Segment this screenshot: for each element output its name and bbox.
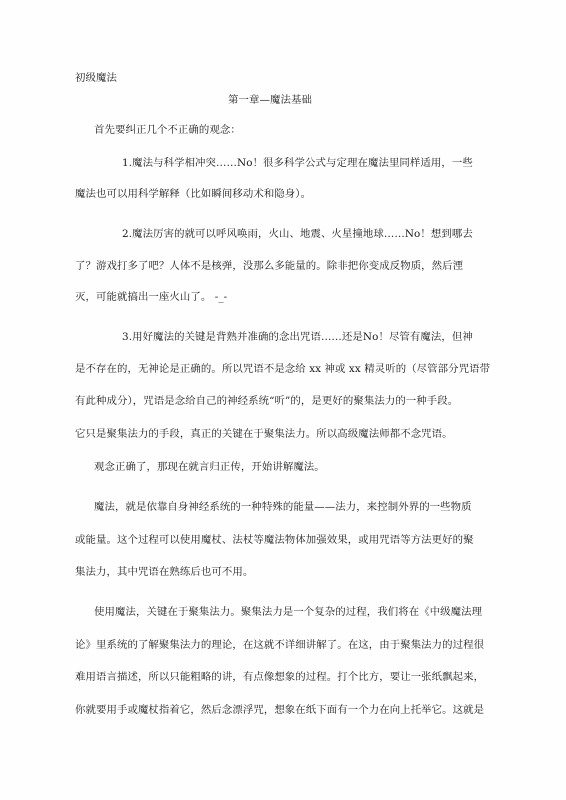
- document-page: 初级魔法 第一章—魔法基础 首先要纠正几个不正确的观念： 1.魔法与科学相冲突……: [0, 0, 566, 800]
- paragraph-line: 集法力，其中咒语在熟练后也可不用。: [75, 565, 253, 579]
- paragraph-line: 有此种成分），咒语是念给自己的神经系统“听”的，是更好的聚集法力的一种手段。: [75, 394, 458, 408]
- document-header: 初级魔法: [75, 71, 117, 85]
- paragraph-line: 魔法也可以用科学解释（比如瞬间移动术和隐身）。: [75, 187, 311, 201]
- paragraph-line: 观念正确了，那现在就言归正传，开始讲解魔法。: [94, 460, 325, 474]
- paragraph-line: 你就要用手或魔杖指着它，然后念漂浮咒，想象在纸下面有一个力在向上托举它。这就是: [75, 703, 484, 717]
- paragraph-line: 它只是聚集法力的手段，真正的关键在于聚集法力。所以高级魔法师都不念咒语。: [75, 427, 453, 441]
- chapter-title: 第一章—魔法基础: [0, 93, 540, 107]
- paragraph-line: 魔法，就是依靠自身神经系统的一种特殊的能量——法力，来控制外界的一些物质: [94, 500, 472, 514]
- paragraph-line: 首先要纠正几个不正确的观念：: [94, 123, 241, 137]
- paragraph-line: 论》里系统的了解聚集法力的理论，在这就不详细讲解了。在这，由于聚集法力的过程很: [75, 638, 484, 652]
- paragraph-line: 2.魔法厉害的就可以呼风唤雨，火山、地震、火星撞地球……No！想到哪去: [122, 227, 473, 241]
- paragraph-line: 3.用好魔法的关键是背熟并准确的念出咒语……还是No！尽管有魔法，但神: [122, 330, 473, 344]
- paragraph-line: 1.魔法与科学相冲突……No！很多科学公式与定理在魔法里同样适用，一些: [122, 156, 473, 170]
- paragraph-line: 是不存在的，无神论是正确的。所以咒语不是念给 xx 神或 xx 精灵听的（尽管部…: [75, 362, 490, 376]
- paragraph-line: 使用魔法，关键在于聚集法力。聚集法力是一个复杂的过程，我们将在《中级魔法理: [94, 605, 482, 619]
- paragraph-line: 或能量。这个过程可以使用魔杖、法杖等魔法物体加强效果，或用咒语等方法更好的聚: [75, 533, 474, 547]
- paragraph-line: 灭，可能就搞出一座火山了。 -_-: [75, 290, 227, 304]
- paragraph-line: 难用语言描述，所以只能粗略的讲，有点像想象的过程。打个比方，要让一张纸飘起来，: [75, 670, 484, 684]
- paragraph-line: 了？游戏打多了吧？人体不是核弹，没那么多能量的。除非把你变成反物质，然后湮: [75, 259, 463, 273]
